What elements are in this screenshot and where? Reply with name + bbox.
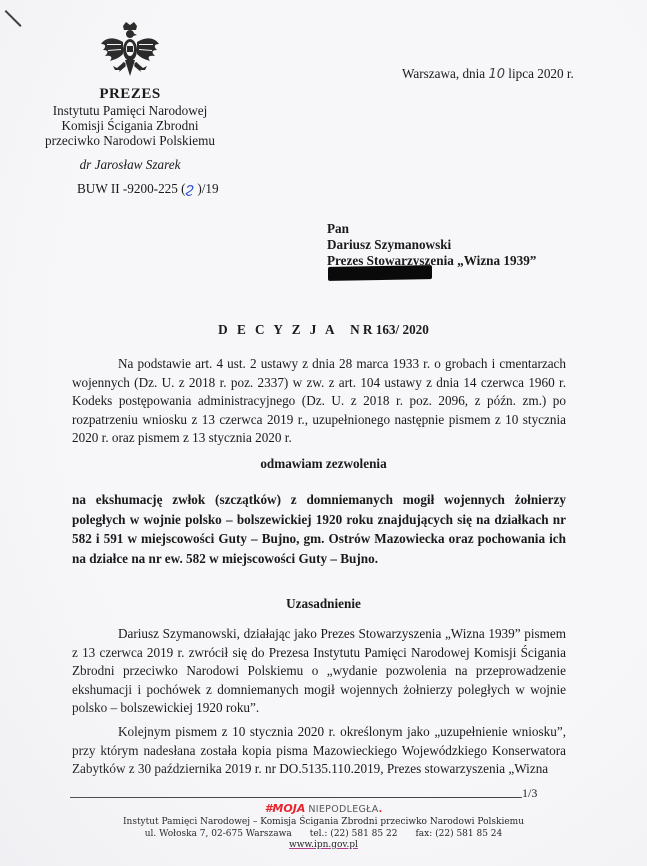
reference-prefix: BUW II -9200-225 ( (77, 181, 186, 196)
ruling-detail-paragraph: na ekshumację zwłok (szczątków) z domnie… (72, 490, 566, 568)
handwritten-reference-digit: ϩ (186, 181, 195, 197)
footer-website-link[interactable]: www.ipn.gov.pl (289, 840, 358, 850)
reference-number: BUW II -9200-225 (ϩ )/19 (77, 181, 219, 197)
date-prefix: Warszawa, dnia (402, 66, 488, 81)
justification-paragraph: Kolejnym pismem z 10 stycznia 2020 r. ok… (72, 723, 566, 779)
scanned-letter-page: PREZES Instytutu Pamięci Narodowej Komis… (0, 0, 647, 866)
letterhead-line: Instytutu Pamięci Narodowej (20, 103, 240, 118)
reference-suffix: )/19 (194, 181, 219, 196)
footer-tel: tel.: (22) 581 85 22 (310, 829, 398, 839)
addressee-block: Pan Dariusz Szymanowski Prezes Stowarzys… (327, 221, 536, 269)
redacted-address (328, 265, 432, 281)
justification-paragraph: Dariusz Szymanowski, działając jako Prez… (72, 625, 566, 718)
date-suffix: lipca 2020 r. (505, 66, 574, 81)
decision-number: N R 163/ 2020 (350, 322, 429, 337)
document-date: Warszawa, dnia 10 lipca 2020 r. (402, 66, 574, 82)
letterhead-line: przeciwko Narodowi Polskiemu (20, 133, 240, 148)
footer-contact: Instytut Pamięci Narodowej – Komisja Ści… (0, 817, 647, 852)
brand-hashtag: #MOJA (265, 802, 306, 815)
letterhead-title: PREZES (20, 86, 240, 103)
decision-title: D E C Y Z J A (218, 322, 337, 337)
addressee-salutation: Pan (327, 221, 536, 237)
footer-fax: fax: (22) 581 85 24 (415, 829, 502, 839)
justification-heading: Uzasadnienie (0, 596, 647, 612)
footer-address: ul. Wołoska 7, 02-675 Warszawa (145, 829, 292, 839)
letterhead: PREZES Instytutu Pamięci Narodowej Komis… (20, 22, 240, 172)
addressee-name: Dariusz Szymanowski (327, 237, 536, 253)
legal-basis-paragraph: Na podstawie art. 4 ust. 2 ustawy z dnia… (72, 355, 566, 448)
decision-heading: D E C Y Z J A N R 163/ 2020 (0, 322, 647, 338)
letterhead-line: Komisji Ścigania Zbrodni (20, 118, 240, 133)
brand-dot: . (379, 804, 383, 815)
handwritten-day: 10 (488, 67, 505, 82)
signatory-name: dr Jarosław Szarek (20, 157, 240, 172)
polish-eagle-emblem-icon (99, 22, 161, 86)
ruling-heading: odmawiam zezwolenia (0, 456, 647, 472)
footer-address-line: ul. Wołoska 7, 02-675 Warszawatel.: (22)… (0, 829, 647, 841)
footer-institution: Instytut Pamięci Narodowej – Komisja Ści… (0, 817, 647, 829)
page-number: 1/3 (522, 786, 537, 801)
brand-word: NIEPODLEGŁA (308, 804, 378, 815)
scan-corner-mark (5, 10, 22, 27)
footer-divider (70, 797, 522, 798)
footer-brand: #MOJA NIEPODLEGŁA. (0, 802, 647, 815)
